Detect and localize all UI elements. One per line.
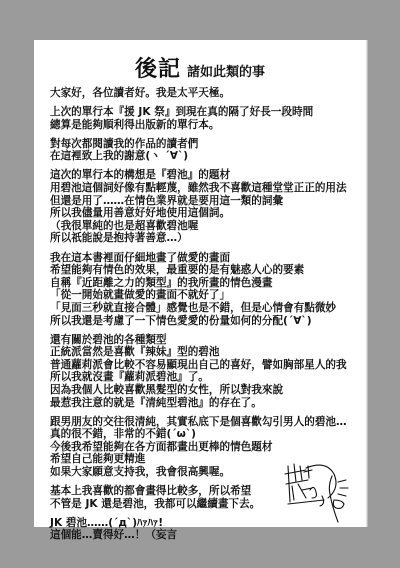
text-line: 跟男朋友的交往很清純，其實私底下是個喜歡勾引男人的碧池… (50, 416, 360, 429)
paragraph-greeting: 大家好，各位讀者好。我是太平天極。 (50, 87, 360, 100)
text-line: 因為我個人比較喜歡黑髮型的女性，所以對我來說 (50, 384, 360, 397)
paragraph-concept: 這次的單行本的構想是『碧池』的題材 用碧池這個詞好像有點輕蔑，雖然我不喜歡這種堂… (50, 169, 360, 245)
text-line: 在這裡致上我的謝意(ヽ ´∀`) (50, 150, 360, 163)
text-line: 真的很不錯，非常的不錯(´ω`) (50, 428, 360, 441)
text-line: 上次的單行本『援 JK 祭』到現在真的隔了好長一段時間 (50, 106, 360, 119)
text-line: 今後我希望能夠在各方面都畫出更棒的情色題材 (50, 441, 360, 454)
text-line: 這個能…賣得好…！（妄言 (50, 529, 360, 542)
paragraph-thanks: 對每次都閱讀我的作品的讀者們 在這裡致上我的謝意(ヽ ´∀`) (50, 138, 360, 163)
text-line: 「見面三秒就直接合體」感覺也是不錯，但是心情會有點微妙 (50, 302, 360, 315)
paragraph-new-volume: 上次的單行本『援 JK 祭』到現在真的隔了好長一段時間 總算是能夠順利得出版新的… (50, 106, 360, 131)
paragraph-scenes: 我在這本書裡面仔細地畫了做愛的畫面 希望能夠有情色的效果，最重要的是有魅惑人心的… (50, 252, 360, 328)
document-page: 後記諸如此類的事 大家好，各位讀者好。我是太平天極。 上次的單行本『援 JK 祭… (34, 40, 366, 527)
text-line: 用碧池這個詞好像有點輕蔑，雖然我不喜歡這種堂堂正正的用法 (50, 182, 360, 195)
text-line: 所以祇能說是抱持著善意…） (50, 232, 360, 245)
page-title: 後記諸如此類的事 (34, 52, 366, 83)
author-signature-icon (282, 460, 358, 526)
paragraph-types: 還有關於碧池的各種類型 正統派當然是喜歡『辣妹』型的碧池 普通蘿莉派會比較不容易… (50, 334, 360, 410)
text-line: 最惹我注意的就是『清純型碧池』的存在了。 (50, 397, 360, 410)
text-line: 我在這本書裡面仔細地畫了做愛的畫面 (50, 252, 360, 265)
text-line: 但還是用了……在情色業界就是要用這一類的詞彙 (50, 195, 360, 208)
text-line: 所以我儘量用善意好好地使用這個詞。 (50, 207, 360, 220)
text-line: 對每次都閱讀我的作品的讀者們 (50, 138, 360, 151)
text-line: 所以我就沒畫『蘿莉派碧池』了。 (50, 371, 360, 384)
text-line: 普通蘿莉派會比較不容易顯現出自己的喜好，譬如胸部星人的我 (50, 359, 360, 372)
text-line: 正統派當然是喜歡『辣妹』型的碧池 (50, 346, 360, 359)
text-line: 這次的單行本的構想是『碧池』的題材 (50, 169, 360, 182)
text-line: 所以我還是考慮了一下情色愛愛的份量如何的分配(´∀`) (50, 315, 360, 328)
text-line: 大家好，各位讀者好。我是太平天極。 (50, 87, 360, 100)
text-line: 自稱『近距離之力的類型』的我所畫的情色漫畫 (50, 277, 360, 290)
title-subtitle: 諸如此類的事 (187, 65, 265, 80)
text-line: 「從一開始就畫做愛的畫面不就好了」 (50, 289, 360, 302)
title-main: 後記 (135, 57, 181, 82)
text-line: 還有關於碧池的各種類型 (50, 334, 360, 347)
text-line: 希望能夠有情色的效果，最重要的是有魅惑人心的要素 (50, 264, 360, 277)
text-line: （我很單純的也是超喜歡碧池喔 (50, 220, 360, 233)
text-line: 總算是能夠順利得出版新的單行本。 (50, 119, 360, 132)
